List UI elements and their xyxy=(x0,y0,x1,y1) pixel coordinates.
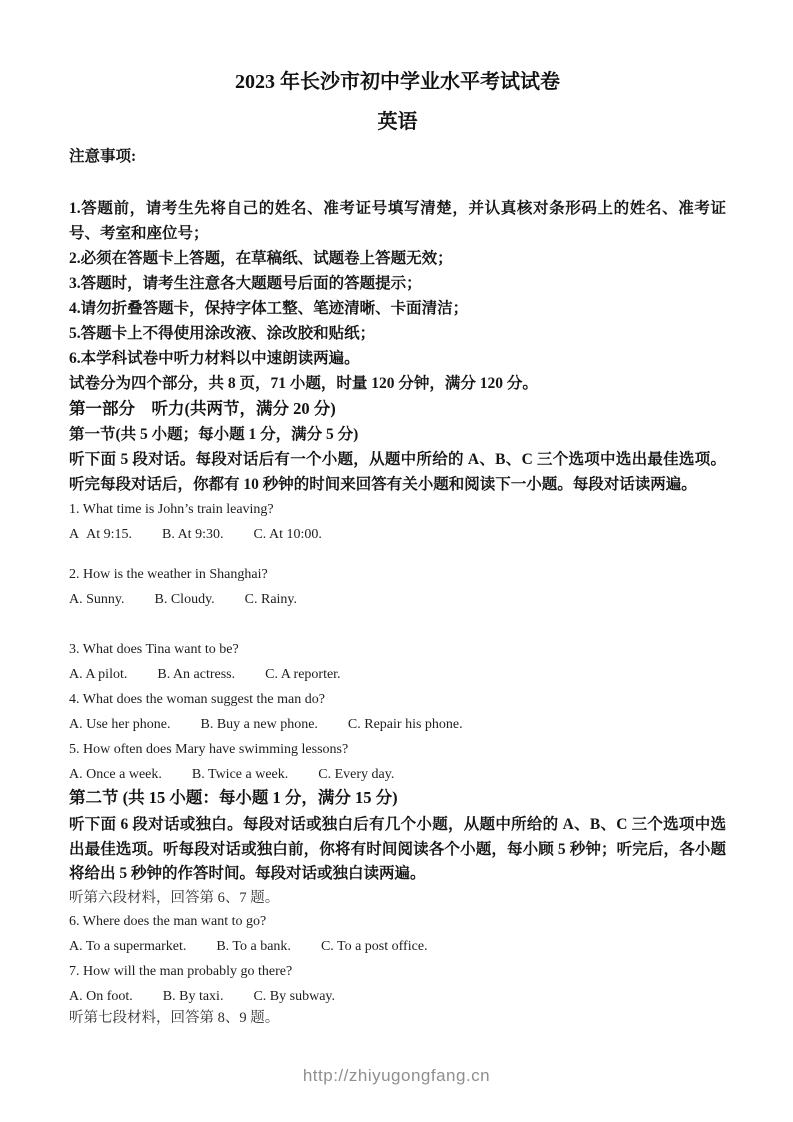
option-b: B. Cloudy. xyxy=(155,591,215,608)
material-note-6: 听第六段材料，回答第 6、7 题。 xyxy=(69,889,726,907)
option-a: A. To a supermarket. xyxy=(69,938,186,955)
material-note-7: 听第七段材料，回答第 8、9 题。 xyxy=(69,1009,726,1027)
option-a: A. Sunny. xyxy=(69,591,125,608)
question-text: 6. Where does the man want to go? xyxy=(69,913,726,930)
notice-list: 1.答题前，请考生先将自己的姓名、准考证号填写清楚，并认真核对条形码上的姓名、准… xyxy=(69,196,726,371)
option-a: A. On foot. xyxy=(69,988,133,1005)
question-text: 7. How will the man probably go there? xyxy=(69,963,726,980)
question-text: 4. What does the woman suggest the man d… xyxy=(69,691,726,708)
exam-paper-page: 2023 年长沙市初中学业水平考试试卷 英语 注意事项: 1.答题前，请考生先将… xyxy=(0,0,793,1122)
notice-heading: 注意事项: xyxy=(69,144,726,169)
option-b: B. Buy a new phone. xyxy=(200,716,317,733)
question-text: 2. How is the weather in Shanghai? xyxy=(69,566,726,583)
notice-item-5: 5.答题卡上不得使用涂改液、涂改胶和贴纸； xyxy=(69,321,726,346)
question-text: 3. What does Tina want to be? xyxy=(69,641,726,658)
question-text: 1. What time is John’s train leaving? xyxy=(69,501,726,518)
option-a: A. Once a week. xyxy=(69,766,162,783)
option-a: A. Use her phone. xyxy=(69,716,170,733)
question-4: 4. What does the woman suggest the man d… xyxy=(69,691,726,733)
question-5: 5. How often does Mary have swimming les… xyxy=(69,741,726,783)
option-b: B. At 9:30. xyxy=(162,526,223,543)
option-b: B. By taxi. xyxy=(163,988,224,1005)
section1-instructions: 听下面 5 段对话。每段对话后有一个小题，从题中所给的 A、B、C 三个选项中选… xyxy=(69,448,726,497)
section2-heading: 第二节 (共 15 小题：每小题 1 分，满分 15 分) xyxy=(69,785,726,811)
question-options: A. Use her phone. B. Buy a new phone. C.… xyxy=(69,716,726,733)
section1-heading: 第一节(共 5 小题；每小题 1 分，满分 5 分) xyxy=(69,422,726,448)
question-3: 3. What does Tina want to be? A. A pilot… xyxy=(69,641,726,683)
notice-item-6: 6.本学科试卷中听力材料以中速朗读两遍。 xyxy=(69,346,726,371)
option-c: C. By subway. xyxy=(253,988,335,1005)
option-c: C. To a post office. xyxy=(321,938,428,955)
question-options: A. Sunny. B. Cloudy. C. Rainy. xyxy=(69,591,726,608)
question-2: 2. How is the weather in Shanghai? A. Su… xyxy=(69,566,726,608)
option-b: B. Twice a week. xyxy=(192,766,288,783)
subject-title: 英语 xyxy=(69,110,726,134)
section2-instructions: 听下面 6 段对话或独白。每段对话或独白后有几个小题，从题中所给的 A、B、C … xyxy=(69,813,726,887)
option-c: C. Repair his phone. xyxy=(348,716,463,733)
question-6: 6. Where does the man want to go? A. To … xyxy=(69,913,726,955)
question-options: A. On foot. B. By taxi. C. By subway. xyxy=(69,988,726,1005)
option-c: C. At 10:00. xyxy=(253,526,321,543)
question-options: A. Once a week. B. Twice a week. C. Ever… xyxy=(69,766,726,783)
part1-heading: 第一部分 听力(共两节，满分 20 分) xyxy=(69,396,726,422)
watermark-url: http://zhiyugongfang.cn xyxy=(0,1066,793,1086)
option-b: B. To a bank. xyxy=(216,938,291,955)
question-text: 5. How often does Mary have swimming les… xyxy=(69,741,726,758)
notice-item-2: 2.必须在答题卡上答题，在草稿纸、试题卷上答题无效； xyxy=(69,246,726,271)
question-1: 1. What time is John’s train leaving? A … xyxy=(69,501,726,543)
question-options: A At 9:15. B. At 9:30. C. At 10:00. xyxy=(69,526,726,543)
option-a: A. A pilot. xyxy=(69,666,127,683)
notice-item-3: 3.答题时，请考生注意各大题题号后面的答题提示； xyxy=(69,271,726,296)
question-7: 7. How will the man probably go there? A… xyxy=(69,963,726,1005)
option-c: C. Every day. xyxy=(318,766,394,783)
question-options: A. A pilot. B. An actress. C. A reporter… xyxy=(69,666,726,683)
notice-item-4: 4.请勿折叠答题卡，保持字体工整、笔迹清晰、卡面清洁； xyxy=(69,296,726,321)
option-a: A At 9:15. xyxy=(69,526,132,543)
page-title: 2023 年长沙市初中学业水平考试试卷 xyxy=(69,70,726,94)
option-b: B. An actress. xyxy=(157,666,235,683)
option-c: C. A reporter. xyxy=(265,666,340,683)
option-c: C. Rainy. xyxy=(245,591,297,608)
exam-info: 试卷分为四个部分，共 8 页，71 小题，时量 120 分钟，满分 120 分。 xyxy=(69,371,726,396)
notice-item-1: 1.答题前，请考生先将自己的姓名、准考证号填写清楚，并认真核对条形码上的姓名、准… xyxy=(69,196,726,246)
question-options: A. To a supermarket. B. To a bank. C. To… xyxy=(69,938,726,955)
